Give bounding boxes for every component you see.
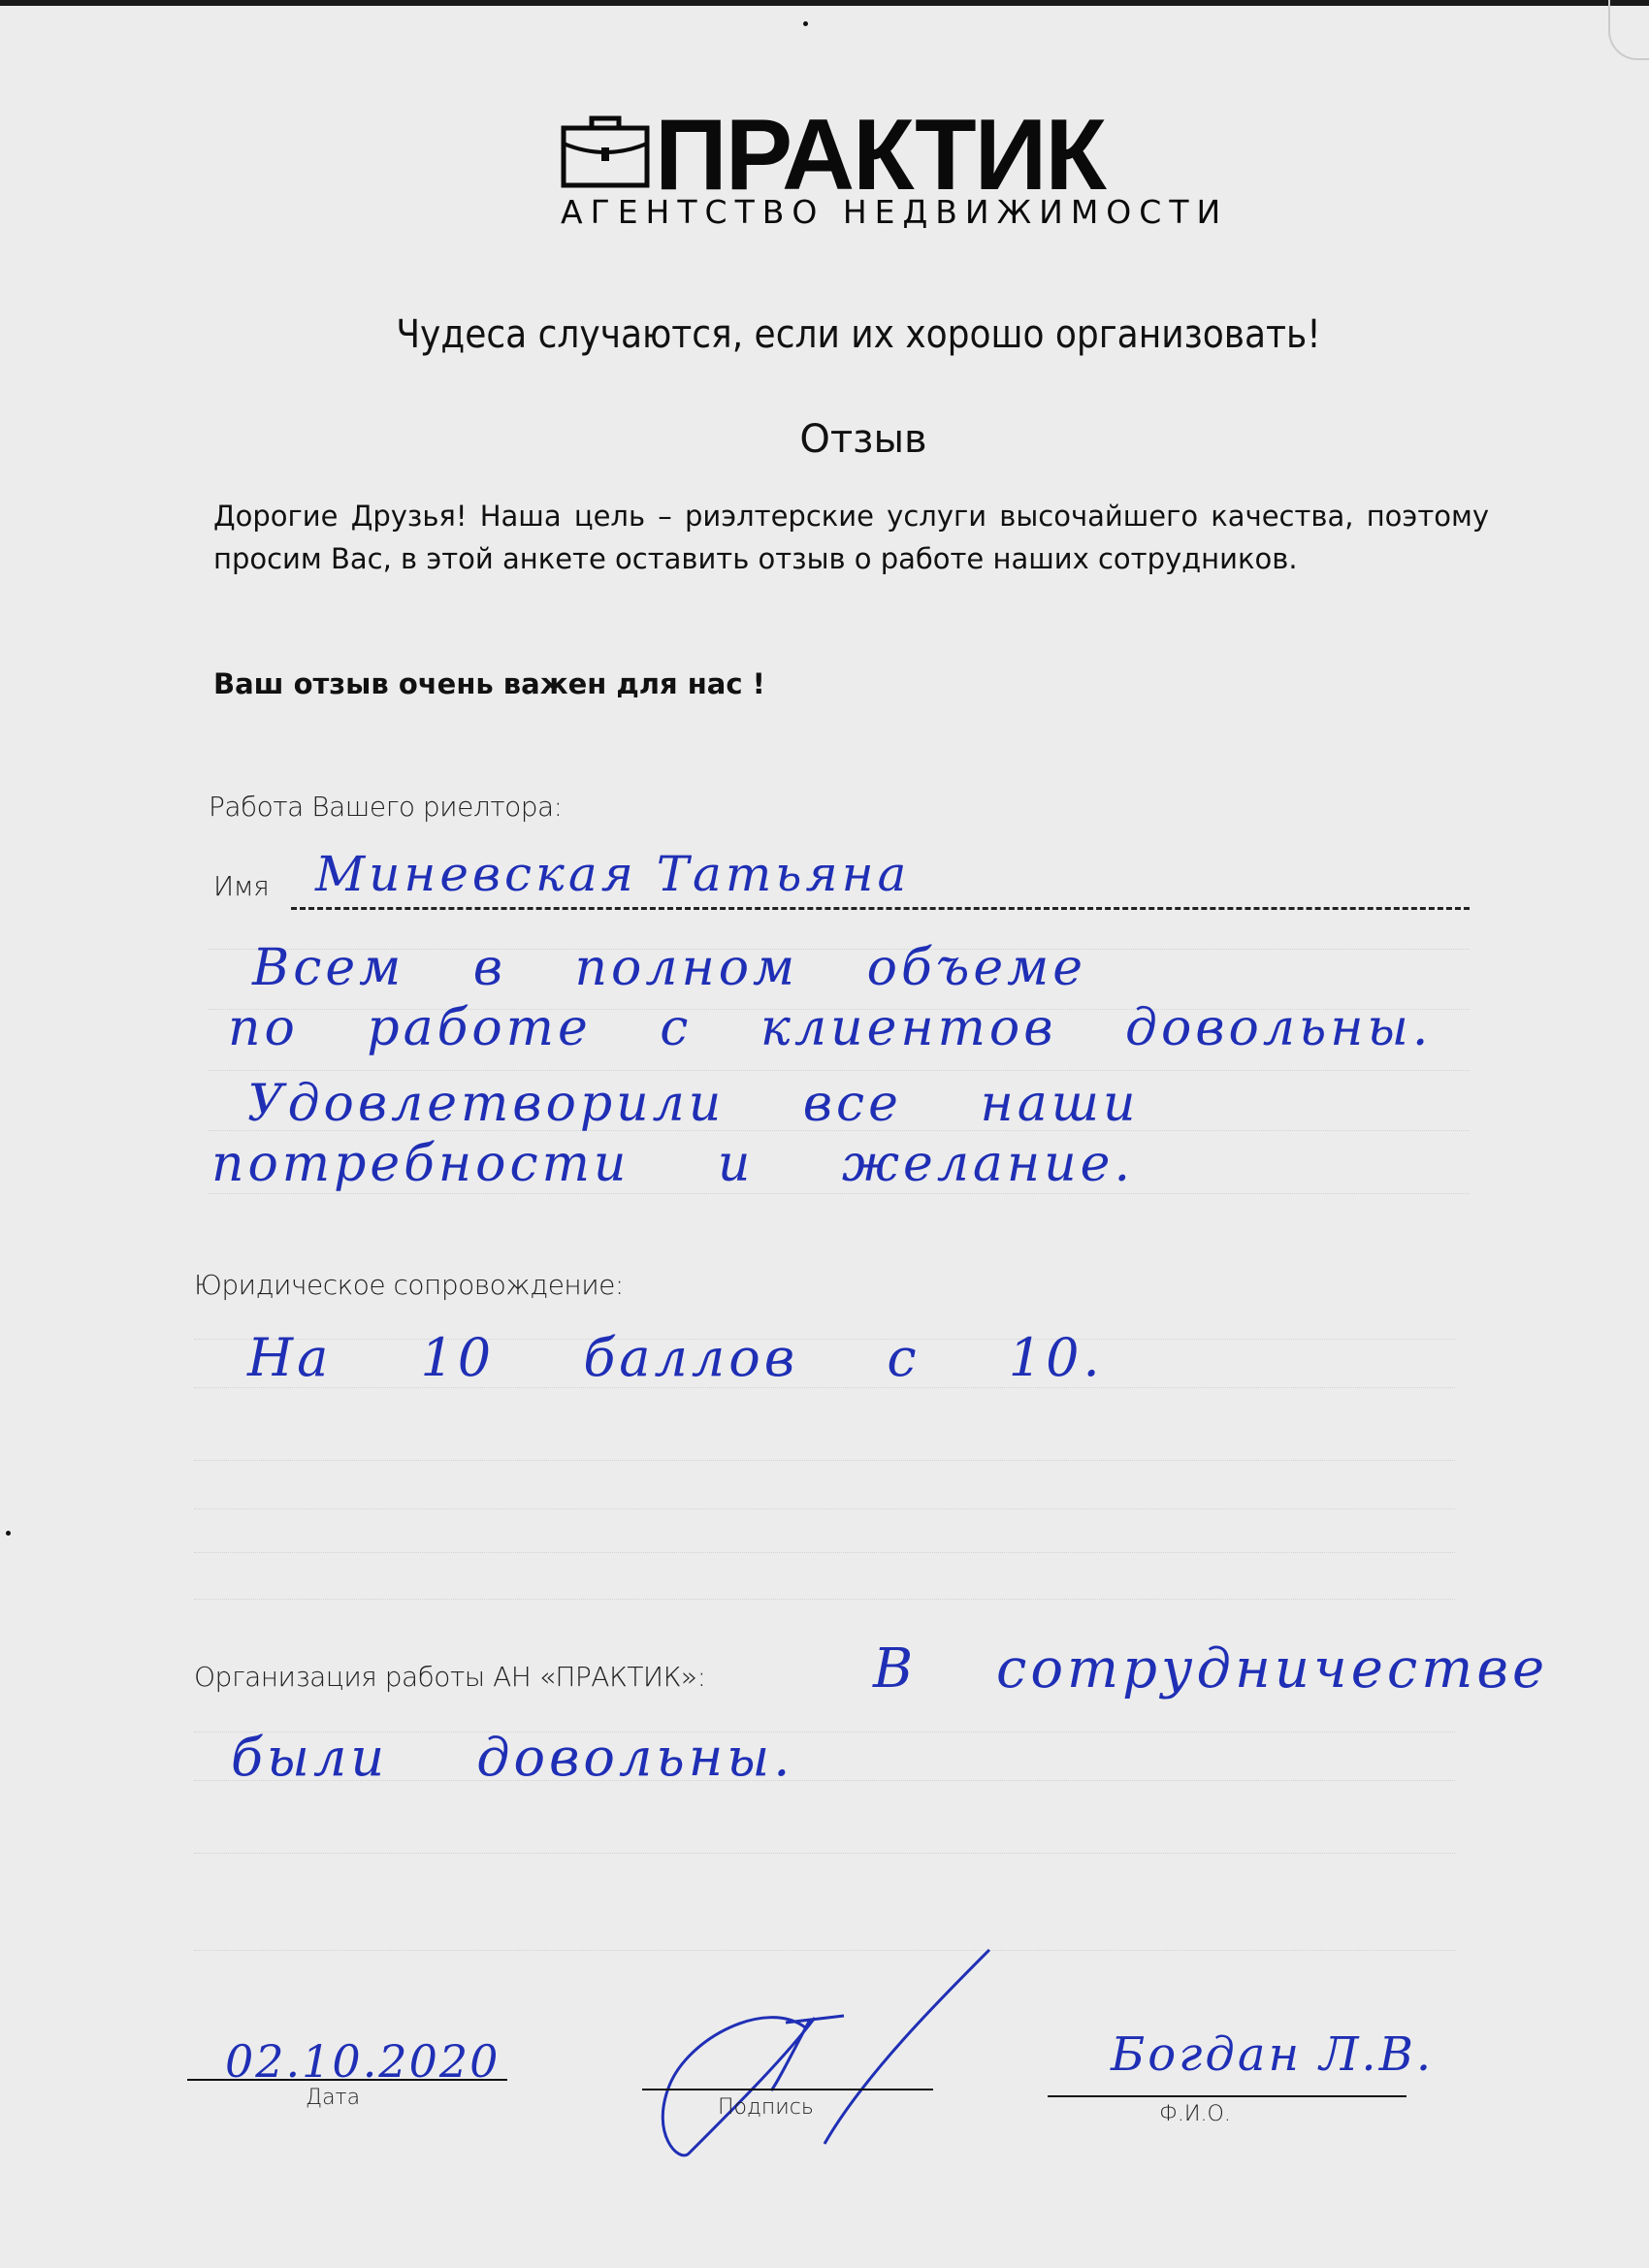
briefcase-icon bbox=[561, 114, 650, 188]
fio-line bbox=[1048, 2095, 1406, 2097]
legal-answer-line-1[interactable]: На 10 баллов с 10. bbox=[247, 1327, 1104, 1388]
scan-speck bbox=[803, 21, 808, 26]
form-line bbox=[194, 1552, 1455, 1553]
scan-speck bbox=[6, 1531, 11, 1536]
brand-subtitle: АГЕНТСТВО НЕДВИЖИМОСТИ bbox=[561, 196, 1228, 228]
date-line bbox=[187, 2079, 507, 2081]
signature-mark bbox=[572, 1940, 999, 2173]
page-title: Отзыв bbox=[0, 417, 1649, 462]
date-caption: Дата bbox=[306, 2086, 360, 2110]
form-line bbox=[209, 1193, 1470, 1194]
fio-caption: Ф.И.О. bbox=[1159, 2102, 1231, 2126]
form-line bbox=[209, 1070, 1470, 1071]
scan-edge bbox=[0, 0, 1649, 6]
signature-line bbox=[642, 2089, 933, 2090]
intro-paragraph: Дорогие Друзья! Наша цель – риэлтерские … bbox=[213, 495, 1489, 580]
organization-answer-inline[interactable]: В сотрудничестве bbox=[873, 1637, 1548, 1701]
scan-page-corner bbox=[1608, 0, 1649, 60]
realtor-answer-line-3[interactable]: Удовлетворили все наши bbox=[247, 1075, 1139, 1133]
form-line bbox=[194, 1508, 1455, 1509]
form-line bbox=[194, 1599, 1455, 1600]
signature-caption: Подпись bbox=[718, 2095, 814, 2120]
section-label-realtor: Работа Вашего риелтора: bbox=[209, 791, 563, 823]
realtor-answer-line-1[interactable]: Всем в полном объеме bbox=[252, 939, 1086, 997]
form-line bbox=[194, 1460, 1455, 1461]
brand-name: ПРАКТИК bbox=[655, 105, 1105, 206]
name-field-line bbox=[291, 907, 1470, 910]
name-field[interactable]: Миневская Татьяна bbox=[315, 846, 910, 902]
section-label-organization: Организация работы АН «ПРАКТИК»: bbox=[194, 1661, 706, 1693]
section-label-legal: Юридическое сопровождение: bbox=[194, 1269, 624, 1301]
name-label: Имя bbox=[213, 870, 269, 902]
organization-answer-line-1[interactable]: были довольны. bbox=[231, 1727, 793, 1788]
realtor-answer-line-2[interactable]: по работе с клиентов довольны. bbox=[228, 999, 1432, 1057]
realtor-answer-line-4[interactable]: потребности и желание. bbox=[211, 1135, 1134, 1193]
important-note: Ваш отзыв очень важен для нас ! bbox=[213, 667, 765, 700]
fio-field[interactable]: Богдан Л.В. bbox=[1111, 2027, 1434, 2082]
form-line bbox=[194, 1853, 1455, 1854]
tagline: Чудеса случаются, если их хорошо организ… bbox=[0, 312, 1649, 357]
